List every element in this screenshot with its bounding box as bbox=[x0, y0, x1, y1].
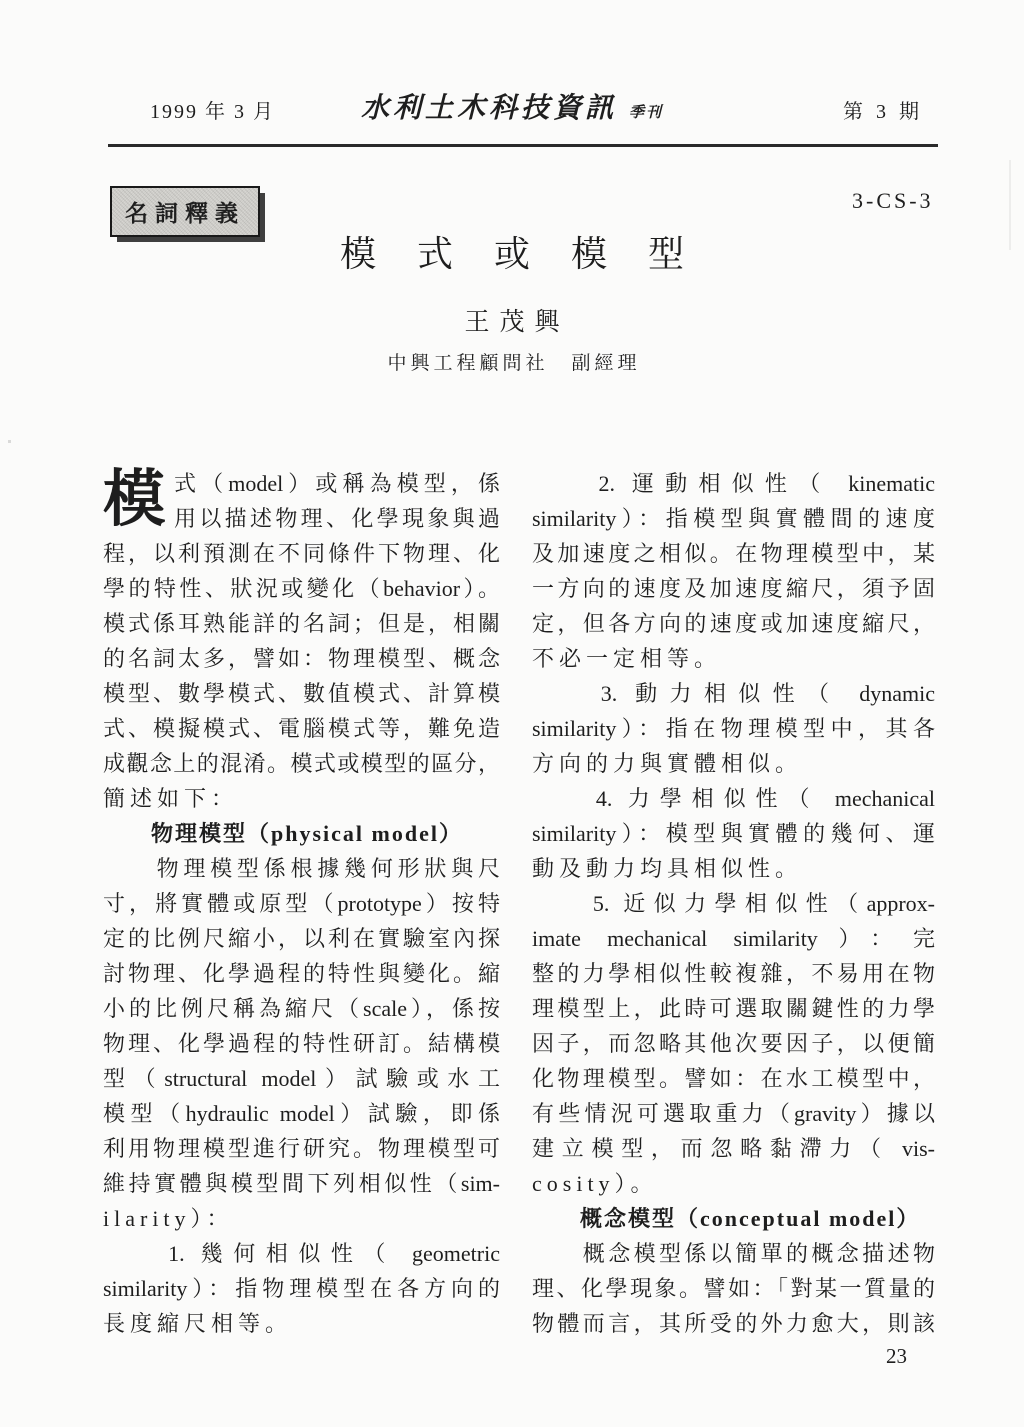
section-badge-label: 名詞釋義 bbox=[125, 201, 245, 226]
text-line: 成觀念上的混淆。模式或模型的區分， bbox=[103, 746, 500, 781]
text-line: 理模型上，此時可選取關鍵性的力學 bbox=[532, 991, 935, 1026]
page-number: 23 bbox=[886, 1344, 907, 1369]
text-line: 模型（hydraulic model）試驗，即係 bbox=[103, 1096, 500, 1131]
issue-number: 第 3 期 bbox=[843, 95, 923, 124]
text-line: 概念模型（conceptual model） bbox=[532, 1201, 935, 1236]
text-line: 1. 幾何相似性（ geometric bbox=[103, 1236, 500, 1271]
text-line: 學的特性、狀況或變化（behavior）。 bbox=[103, 571, 500, 606]
text-line: 理、化學現象。譬如：「對某一質量的 bbox=[532, 1271, 935, 1306]
text-line: 概念模型係以簡單的概念描述物 bbox=[532, 1236, 935, 1271]
text-line: similarity）：指物理模型在各方向的 bbox=[103, 1271, 500, 1306]
author-affiliation: 中興工程顧問社 副經理 bbox=[0, 348, 1024, 375]
text-line: 整的力學相似性較複雜，不易用在物 bbox=[532, 956, 935, 991]
text-line: 簡述如下： bbox=[103, 781, 500, 816]
text-line: 5. 近似力學相似性（approx- bbox=[532, 886, 935, 921]
text-line: similarity）：指模型與實體間的速度 bbox=[532, 501, 935, 536]
text-line: similarity）：模型與實體的幾何、運 bbox=[532, 816, 935, 851]
scan-artifact bbox=[8, 440, 11, 443]
text-line: 長度縮尺相等。 bbox=[103, 1306, 500, 1341]
text-line: 一方向的速度及加速度縮尺，須予固 bbox=[532, 571, 935, 606]
drop-cap: 模 bbox=[103, 466, 174, 534]
text-line: 程，以利預測在不同條件下物理、化 bbox=[103, 536, 500, 571]
text-line: 定的比例尺縮小，以利在實驗室內探 bbox=[103, 921, 500, 956]
text-line: ilarity）： bbox=[103, 1201, 500, 1236]
text-line: 定，但各方向的速度或加速度縮尺， bbox=[532, 606, 935, 641]
text-line: 有些情況可選取重力（gravity）據以 bbox=[532, 1096, 935, 1131]
document-page: 1999 年 3 月 水利土木科技資訊 季刊 第 3 期 名詞釋義 3-CS-3… bbox=[0, 0, 1024, 1427]
text-line: 4. 力學相似性（ mechanical bbox=[532, 781, 935, 816]
article-column-right: 2. 運動相似性（ kinematicsimilarity）：指模型與實體間的速… bbox=[532, 466, 935, 1341]
text-line: 2. 運動相似性（ kinematic bbox=[532, 466, 935, 501]
scan-artifact bbox=[1009, 160, 1011, 250]
article-title: 模 式 或 模 型 bbox=[0, 226, 1024, 277]
text-line: cosity）。 bbox=[532, 1166, 935, 1201]
text-line: 寸，將實體或原型（prototype）按特 bbox=[103, 886, 500, 921]
text-line: 動及動力均具相似性。 bbox=[532, 851, 935, 886]
text-line: similarity）：指在物理模型中，其各 bbox=[532, 711, 935, 746]
header-rule bbox=[108, 144, 938, 147]
right-column-lines: 2. 運動相似性（ kinematicsimilarity）：指模型與實體間的速… bbox=[532, 466, 935, 1341]
text-line: 方向的力與實體相似。 bbox=[532, 746, 935, 781]
text-line: 討物理、化學過程的特性與變化。縮 bbox=[103, 956, 500, 991]
text-line: 物理模型（physical model） bbox=[103, 816, 500, 851]
article-column-left: 模 式（model）或稱為模型，係用以描述物理、化學現象與過 程，以利預測在不同… bbox=[103, 466, 500, 1341]
text-line: 及加速度之相似。在物理模型中，某 bbox=[532, 536, 935, 571]
text-line: 因子，而忽略其他次要因子，以便簡 bbox=[532, 1026, 935, 1061]
text-line: 3. 動力相似性（ dynamic bbox=[532, 676, 935, 711]
author-name: 王茂興 bbox=[0, 302, 1024, 338]
text-line: 式、模擬模式、電腦模式等，難免造 bbox=[103, 711, 500, 746]
opening-paragraph: 模 式（model）或稱為模型，係用以描述物理、化學現象與過 bbox=[103, 466, 500, 536]
text-line: 小的比例尺稱為縮尺（scale），係按 bbox=[103, 991, 500, 1026]
text-line: 物理、化學過程的特性研訂。結構模 bbox=[103, 1026, 500, 1061]
journal-edition-label: 季刊 bbox=[629, 105, 663, 121]
text-line: imate mechanical similarity）：完 bbox=[532, 921, 935, 956]
text-line: 化物理模型。譬如：在水工模型中， bbox=[532, 1061, 935, 1096]
text-line: 物體而言，其所受的外力愈大，則該 bbox=[532, 1306, 935, 1341]
document-code: 3-CS-3 bbox=[852, 188, 934, 214]
text-line: 不必一定相等。 bbox=[532, 641, 935, 676]
text-line: 利用物理模型進行研究。物理模型可 bbox=[103, 1131, 500, 1166]
text-line: 物理模型係根據幾何形狀與尺 bbox=[103, 851, 500, 886]
text-line: 建立模型，而忽略黏滯力（ vis- bbox=[532, 1131, 935, 1166]
text-line: 維持實體與模型間下列相似性（sim- bbox=[103, 1166, 500, 1201]
text-line: 型（structural model）試驗或水工 bbox=[103, 1061, 500, 1096]
text-line: 的名詞太多，譬如：物理模型、概念 bbox=[103, 641, 500, 676]
left-column-lines: 程，以利預測在不同條件下物理、化學的特性、狀況或變化（behavior）。模式係… bbox=[103, 536, 500, 1341]
text-line: 模式係耳熟能詳的名詞；但是，相關 bbox=[103, 606, 500, 641]
text-line: 模型、數學模式、數值模式、計算模 bbox=[103, 676, 500, 711]
journal-name: 水利土木科技資訊 bbox=[361, 93, 617, 124]
